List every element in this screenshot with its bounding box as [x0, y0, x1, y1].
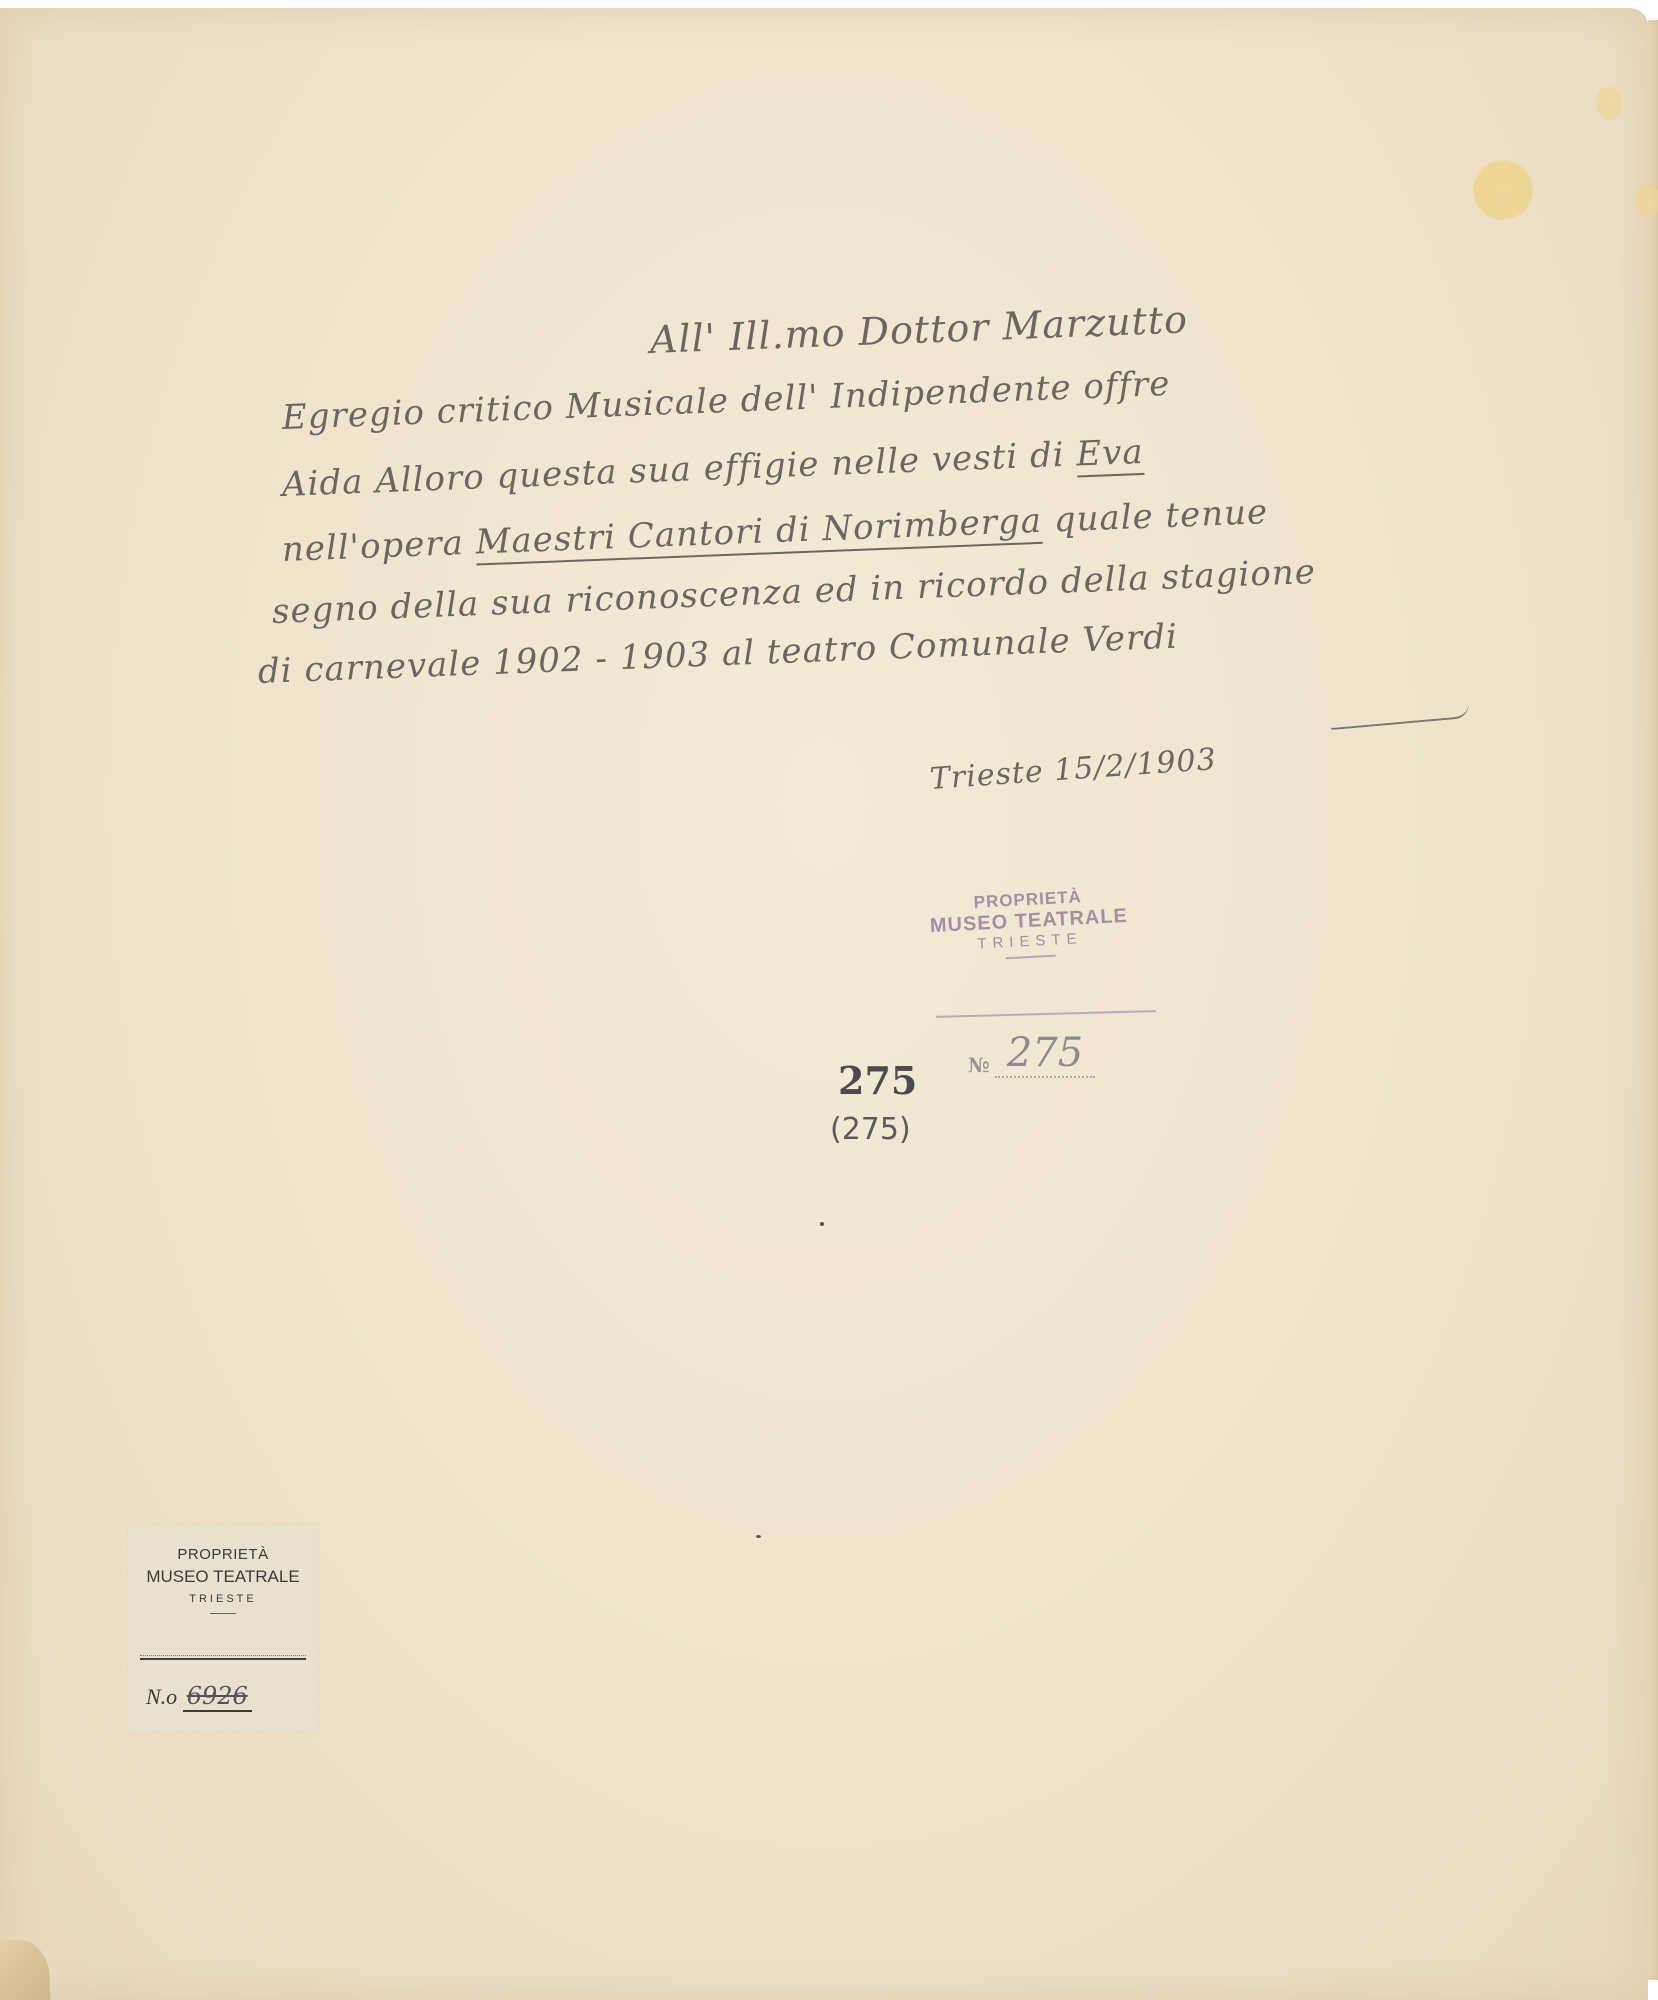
numero-sign: №: [968, 1053, 990, 1077]
label-line-3: TRIESTE: [128, 1593, 318, 1605]
foxing-stain: [1636, 182, 1658, 220]
ink-speck: [820, 1222, 824, 1226]
role-name: Eva: [1076, 432, 1145, 475]
line-4-tail: quale tenue: [1053, 492, 1269, 540]
stamp-number-value: 275: [995, 1030, 1095, 1078]
inventory-number-bold: 275: [838, 1058, 917, 1103]
label-line-2: MUSEO TEATRALE: [128, 1567, 318, 1587]
stamp-number: № 275: [968, 1030, 1095, 1077]
museum-inventory-label: PROPRIETÀ MUSEO TEATRALE TRIESTE N.o 692…: [127, 1523, 319, 1732]
label-short-rule: [210, 1613, 236, 1614]
label-dotted-rule: [140, 1655, 306, 1656]
inventory-number-handwritten: (275): [830, 1112, 911, 1147]
line-4-text: nell'opera: [281, 523, 464, 570]
museum-ownership-stamp: PROPRIETÀ MUSEO TEATRALE TRIESTE: [928, 885, 1129, 963]
label-number-value: 6926: [183, 1682, 252, 1712]
label-number-prefix: N.o: [146, 1684, 177, 1709]
foxing-stain: [1596, 86, 1622, 120]
foxing-stain: [1473, 160, 1533, 220]
ink-speck: [756, 1535, 761, 1538]
label-rule: [140, 1658, 306, 1660]
card-edge: [1648, 20, 1658, 1980]
label-line-1: PROPRIETÀ: [128, 1546, 318, 1563]
label-number-row: N.o 6926: [146, 1682, 252, 1710]
